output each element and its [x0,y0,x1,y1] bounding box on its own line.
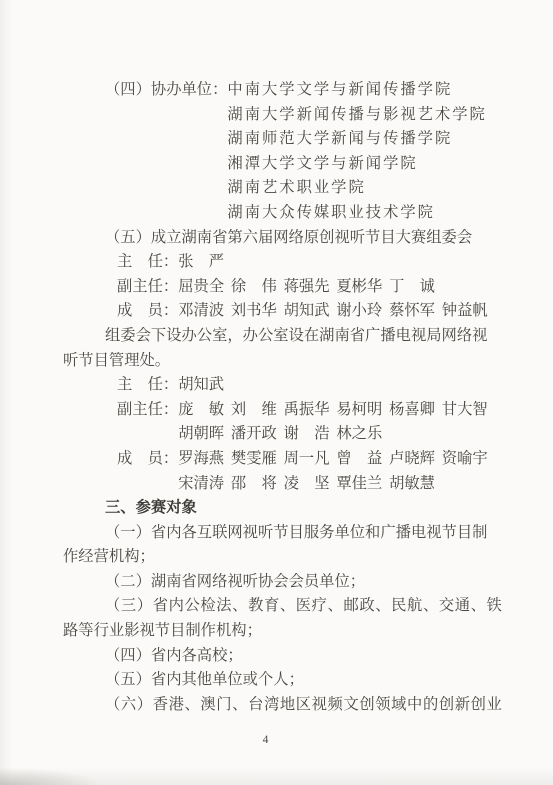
office-member-row: 成 员： 罗海燕 樊雯雁 周一凡 曾 益 卢晓辉 资喻宇 宋清涛 邵 将 凌 坚… [117,447,487,496]
deputy-names-line: 庞 敏 刘 维 禹振华 易柯明 杨喜卿 甘大智 [178,398,487,423]
deputy-director-names: 庞 敏 刘 维 禹振华 易柯明 杨喜卿 甘大智 胡朝晖 潘开政 谢 浩 林之乐 [178,398,487,447]
entry-item-3-line1: （三）省内公检法、教育、医疗、邮政、民航、交通、铁 [105,594,487,619]
entry-item-4: （四）省内各高校； [105,644,487,669]
committee-heading: （五）成立湖南省第六届网络原创视听节目大赛组委会 [105,226,487,251]
document-page: （四）协办单位： 中南大学文学与新闻传播学院 湖南大学新闻传播与影视艺术学院 湖… [0,0,553,785]
committee-director-row: 主 任： 张 严 [117,250,487,275]
university-item: 湖南大学新闻传播与影视艺术学院 [227,103,487,128]
entry-item-2: （二）湖南省网络视听协会会员单位； [105,570,487,595]
deputy-names-line: 胡朝晖 潘开政 谢 浩 林之乐 [178,422,487,447]
page-number: 4 [0,728,531,753]
entry-item-5: （五）省内其他单位或个人； [105,668,487,693]
university-item: 湘潭大学文学与新闻学院 [227,152,487,177]
entry-item-6: （六）香港、澳门、台湾地区视频文创领域中的创新创业 [105,693,487,718]
document-content: （四）协办单位： 中南大学文学与新闻传播学院 湖南大学新闻传播与影视艺术学院 湖… [63,78,487,717]
co-organizers-list: 中南大学文学与新闻传播学院 湖南大学新闻传播与影视艺术学院 湖南师范大学新闻与传… [227,78,487,226]
director-name: 张 严 [178,250,487,275]
office-deputy-row: 副主任： 庞 敏 刘 维 禹振华 易柯明 杨喜卿 甘大智 胡朝晖 潘开政 谢 浩… [117,398,487,447]
member-names-line: 宋清涛 邵 将 凌 坚 覃佳兰 胡敏慧 [178,472,487,497]
scan-corner-shadow [0,753,150,785]
director-name: 胡知武 [178,373,487,398]
member-label: 成 员： [117,447,178,496]
university-item: 湖南艺术职业学院 [227,176,487,201]
university-item: 湖南大众传媒职业技术学院 [227,201,487,226]
office-director-row: 主 任： 胡知武 [117,373,487,398]
member-names: 罗海燕 樊雯雁 周一凡 曾 益 卢晓辉 资喻宇 宋清涛 邵 将 凌 坚 覃佳兰 … [178,447,487,496]
entry-item-1-line2: 作经营机构； [63,545,487,570]
committee-deputy-row: 副主任： 屈贵全 徐 伟 蒋强先 夏彬华 丁 诚 [117,275,487,300]
member-names: 邓清波 刘书华 胡知武 谢小玲 蔡怀军 钟益帆 [178,299,487,324]
university-item: 湖南师范大学新闻与传播学院 [227,127,487,152]
deputy-director-label: 副主任： [117,398,178,447]
member-names-line: 罗海燕 樊雯雁 周一凡 曾 益 卢晓辉 资喻宇 [178,447,487,472]
co-organizers-label: （四）协办单位： [105,78,227,226]
entry-item-3-line2: 路等行业影视节目制作机构； [63,619,487,644]
deputy-director-names: 屈贵全 徐 伟 蒋强先 夏彬华 丁 诚 [178,275,487,300]
office-note-line2: 听节目管理处。 [63,349,487,374]
university-item: 中南大学文学与新闻传播学院 [227,78,487,103]
entry-item-1-line1: （一）省内各互联网视听节目服务单位和广播电视节目制 [105,521,487,546]
co-organizers-row: （四）协办单位： 中南大学文学与新闻传播学院 湖南大学新闻传播与影视艺术学院 湖… [105,78,487,226]
deputy-director-label: 副主任： [117,275,178,300]
member-label: 成 员： [117,299,178,324]
director-label: 主 任： [117,373,178,398]
office-note-line1: 组委会下设办公室，办公室设在湖南省广播电视局网络视 [105,324,487,349]
committee-member-row: 成 员： 邓清波 刘书华 胡知武 谢小玲 蔡怀军 钟益帆 [117,299,487,324]
director-label: 主 任： [117,250,178,275]
section-heading: 三、参赛对象 [105,496,487,521]
